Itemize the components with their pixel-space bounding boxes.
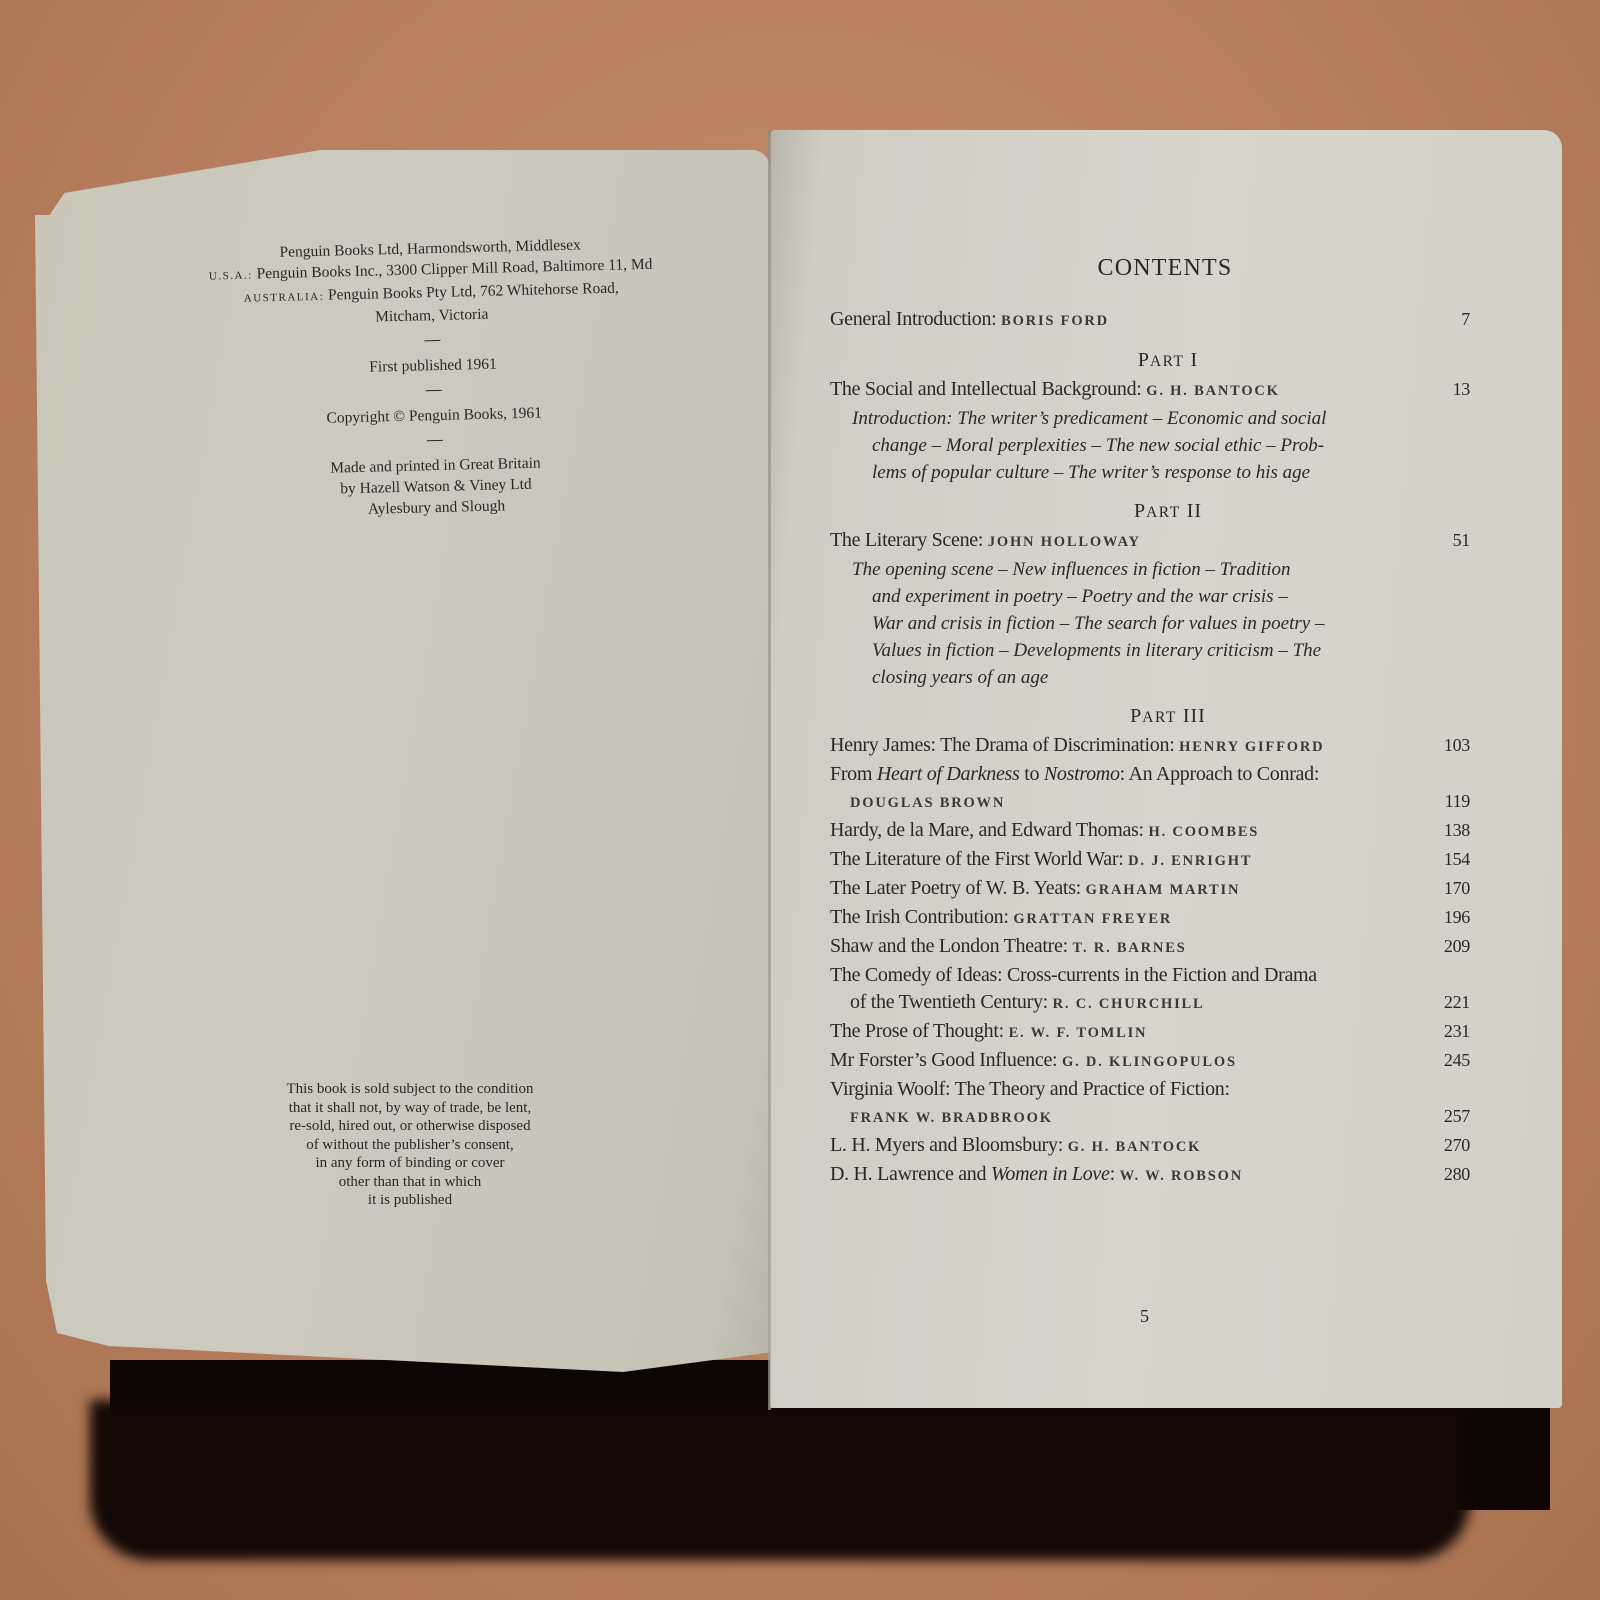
book-shadow-soft (90, 1400, 1470, 1560)
toc-entry-title: Hardy, de la Mare, and Edward Thomas: H.… (830, 817, 1426, 846)
toc-entry-title: From Heart of Darkness to Nostromo: An A… (830, 761, 1426, 788)
entry-title-text: The Irish Contribution: (830, 906, 1009, 928)
part-label-initial: P (1134, 500, 1146, 522)
entry-author: Henry Gifford (1179, 739, 1324, 755)
toc-entry-title: Virginia Woolf: The Theory and Practice … (830, 1076, 1426, 1103)
entry-title-text: The Later Poetry of W. B. Yeats: (830, 877, 1081, 899)
toc-entry: The Literary Scene: John Holloway 51 (830, 527, 1470, 556)
toc-entry-title: The Later Poetry of W. B. Yeats: Graham … (830, 875, 1426, 904)
toc-entry: L. H. Myers and Bloomsbury: G. H. Bantoc… (830, 1132, 1470, 1161)
entry-author: W. W. Robson (1120, 1168, 1243, 1184)
toc-entry-title: The Comedy of Ideas: Cross-currents in t… (830, 962, 1426, 989)
toc-entry: From Heart of Darkness to Nostromo: An A… (830, 761, 1470, 788)
chapter-subjects: Introduction: The writer’s predicament –… (830, 405, 1470, 486)
entry-page-number: 231 (1426, 1018, 1470, 1045)
entry-author: D. J. Enright (1128, 853, 1252, 869)
toc-entry: Virginia Woolf: The Theory and Practice … (830, 1076, 1470, 1103)
entry-title-text: General Introduction: (830, 308, 996, 330)
entry-title-text: Mr Forster’s Good Influence: (830, 1049, 1057, 1071)
entry-page-number: 170 (1426, 875, 1470, 902)
entry-author: G. H. Bantock (1146, 383, 1280, 399)
condition-line: in any form of binding or cover (235, 1154, 585, 1173)
subject-line: change – Moral perplexities – The new so… (852, 432, 1390, 459)
copyright-notice: Copyright © Penguin Books, 1961 (154, 398, 714, 433)
entry-author: E. W. F. Tomlin (1009, 1025, 1148, 1041)
entry-title-text: L. H. Myers and Bloomsbury: (830, 1134, 1063, 1156)
entry-title-text: : (1110, 1163, 1115, 1185)
entry-title-text: The Social and Intellectual Background: (830, 378, 1142, 400)
entry-page-number: 7 (1426, 306, 1470, 333)
entry-title-text: Henry James: The Drama of Discrimination… (830, 734, 1174, 756)
imprint-usa-label: U.S.A.: (209, 270, 253, 283)
imprint-australia-label: AUSTRALIA: (244, 291, 325, 305)
entry-author: Graham Martin (1086, 882, 1241, 898)
chapter-subjects: The opening scene – New influences in fi… (830, 556, 1470, 691)
toc-entry-title: Mr Forster’s Good Influence: G. D. Kling… (830, 1047, 1426, 1076)
toc-entry: D. H. Lawrence and Women in Love: W. W. … (830, 1161, 1470, 1190)
condition-line: of without the publisher’s consent, (235, 1136, 585, 1155)
entry-author: Frank W. Bradbrook (850, 1110, 1053, 1126)
toc-entry: General Introduction: Boris Ford 7 (830, 306, 1470, 335)
toc-entry-continuation: Douglas Brown 119 (830, 788, 1470, 817)
subject-line: closing years of an age (852, 664, 1390, 691)
entry-title-text: D. H. Lawrence and (830, 1163, 991, 1185)
toc-entry-title: The Social and Intellectual Background: … (830, 376, 1426, 405)
entry-author: R. C. Churchill (1053, 996, 1205, 1012)
toc-entry-title: of the Twentieth Century: R. C. Churchil… (830, 989, 1426, 1018)
entry-author: Grattan Freyer (1013, 911, 1172, 927)
subject-line: Introduction: The writer’s predicament –… (852, 405, 1390, 432)
part-heading-2: PART II (830, 500, 1470, 523)
toc-entry-title: D. H. Lawrence and Women in Love: W. W. … (830, 1161, 1426, 1190)
book-gutter (768, 130, 771, 1410)
page-folio-number: 5 (1140, 1306, 1149, 1327)
part-numeral: III (1183, 705, 1206, 727)
part-label-rest: ART (1150, 353, 1185, 370)
entry-page-number: 196 (1426, 904, 1470, 931)
divider-dash (426, 390, 442, 391)
entry-page-number: 257 (1426, 1103, 1470, 1130)
entry-title-text: The Prose of Thought: (830, 1020, 1004, 1042)
entry-page-number: 221 (1426, 989, 1470, 1016)
toc-entry-title: The Prose of Thought: E. W. F. Tomlin (830, 1018, 1426, 1047)
entry-title-italic: Nostromo (1044, 763, 1120, 785)
toc-entry-title: Shaw and the London Theatre: T. R. Barne… (830, 933, 1426, 962)
toc-entry-title: The Literature of the First World War: D… (830, 846, 1426, 875)
entry-title-text: Shaw and the London Theatre: (830, 935, 1068, 957)
condition-line: re-sold, hired out, or otherwise dispose… (235, 1117, 585, 1136)
entry-title-text: of the Twentieth Century: (850, 991, 1048, 1013)
entry-author: John Holloway (988, 534, 1141, 550)
toc-entry: The Prose of Thought: E. W. F. Tomlin 23… (830, 1018, 1470, 1047)
part-heading-3: PART III (830, 705, 1470, 728)
toc-entry: Hardy, de la Mare, and Edward Thomas: H.… (830, 817, 1470, 846)
first-published: First published 1961 (153, 348, 713, 383)
entry-author: T. R. Barnes (1073, 940, 1187, 956)
toc-entry-title: Henry James: The Drama of Discrimination… (830, 732, 1426, 761)
entry-author: H. Coombes (1149, 824, 1260, 840)
entry-page-number: 51 (1426, 527, 1470, 554)
entry-page-number: 209 (1426, 933, 1470, 960)
entry-page-number: 103 (1426, 732, 1470, 759)
toc-entry: Shaw and the London Theatre: T. R. Barne… (830, 933, 1470, 962)
sale-conditions: This book is sold subject to the conditi… (235, 1080, 585, 1210)
part-numeral: I (1191, 349, 1199, 371)
entry-title-text: From (830, 763, 877, 785)
subject-line: lems of popular culture – The writer’s r… (852, 459, 1390, 486)
toc-entry-title: Douglas Brown (830, 788, 1426, 817)
toc-entry: The Irish Contribution: Grattan Freyer 1… (830, 904, 1470, 933)
divider-dash (427, 440, 443, 441)
imprint-australia-text: Penguin Books Pty Ltd, 762 Whitehorse Ro… (328, 280, 619, 304)
part-label-initial: P (1138, 349, 1150, 371)
entry-author: G. D. Klingopulos (1062, 1054, 1237, 1070)
part-label-rest: ART (1146, 504, 1181, 521)
condition-line: it is published (235, 1191, 585, 1210)
table-of-contents: CONTENTS General Introduction: Boris For… (830, 255, 1470, 1190)
entry-title-text: Hardy, de la Mare, and Edward Thomas: (830, 819, 1144, 841)
publisher-imprint: Penguin Books Ltd, Harmondsworth, Middle… (150, 231, 717, 525)
toc-entry: The Social and Intellectual Background: … (830, 376, 1470, 405)
entry-title-text: The Literary Scene: (830, 529, 983, 551)
subject-line: Values in fiction – Developments in lite… (852, 637, 1390, 664)
toc-entry-continuation: Frank W. Bradbrook 257 (830, 1103, 1470, 1132)
contents-heading: CONTENTS (830, 255, 1470, 282)
toc-entry-title: Frank W. Bradbrook (830, 1103, 1426, 1132)
entry-page-number: 270 (1426, 1132, 1470, 1159)
entry-title-italic: Heart of Darkness (877, 763, 1020, 785)
subject-line: and experiment in poetry – Poetry and th… (852, 583, 1390, 610)
condition-line: that it shall not, by way of trade, be l… (235, 1099, 585, 1118)
toc-entry: Henry James: The Drama of Discrimination… (830, 732, 1470, 761)
entry-author: Boris Ford (1001, 313, 1109, 329)
entry-page-number: 13 (1426, 376, 1470, 403)
divider-dash (424, 340, 440, 341)
condition-line: This book is sold subject to the conditi… (235, 1080, 585, 1099)
toc-entry-continuation: of the Twentieth Century: R. C. Churchil… (830, 989, 1470, 1018)
subject-line: War and crisis in fiction – The search f… (852, 610, 1390, 637)
part-numeral: II (1187, 500, 1202, 522)
condition-line: other than that in which (235, 1173, 585, 1192)
entry-title-text: : An Approach to Conrad: (1120, 763, 1319, 785)
toc-entry: The Later Poetry of W. B. Yeats: Graham … (830, 875, 1470, 904)
subject-line: The opening scene – New influences in fi… (852, 556, 1390, 583)
part-label-initial: P (1130, 705, 1142, 727)
part-heading-1: PART I (830, 349, 1470, 372)
toc-entry-title: L. H. Myers and Bloomsbury: G. H. Bantoc… (830, 1132, 1426, 1161)
toc-entry-title: The Literary Scene: John Holloway (830, 527, 1426, 556)
part-label-rest: ART (1142, 709, 1177, 726)
entry-title-text: The Literature of the First World War: (830, 848, 1123, 870)
entry-title-italic: Women in Love (991, 1163, 1110, 1185)
entry-page-number: 154 (1426, 846, 1470, 873)
entry-page-number: 138 (1426, 817, 1470, 844)
entry-author: Douglas Brown (850, 795, 1005, 811)
toc-entry: Mr Forster’s Good Influence: G. D. Kling… (830, 1047, 1470, 1076)
toc-entry-title: General Introduction: Boris Ford (830, 306, 1426, 335)
entry-author: G. H. Bantock (1068, 1139, 1202, 1155)
entry-page-number: 119 (1426, 788, 1470, 815)
toc-entry: The Comedy of Ideas: Cross-currents in t… (830, 962, 1470, 989)
entry-page-number: 245 (1426, 1047, 1470, 1074)
toc-entry-title: The Irish Contribution: Grattan Freyer (830, 904, 1426, 933)
toc-entry: The Literature of the First World War: D… (830, 846, 1470, 875)
entry-title-text: to (1020, 763, 1044, 785)
entry-page-number: 280 (1426, 1161, 1470, 1188)
